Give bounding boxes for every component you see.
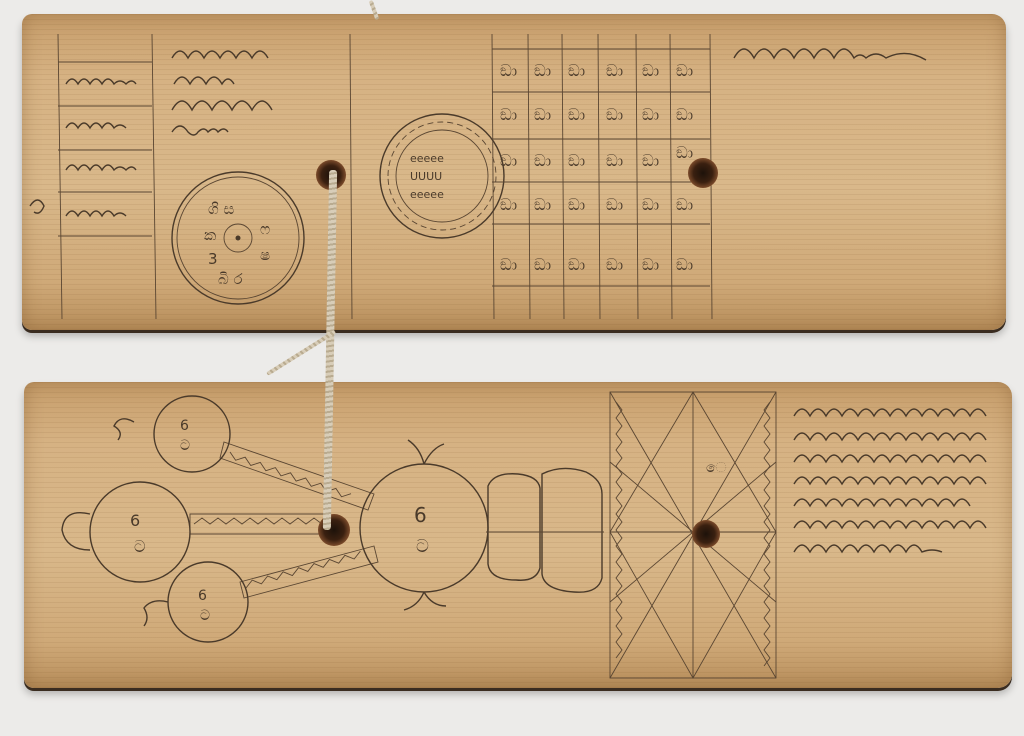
palm-leaf-top: Handwritten Sinhala text (4 lines): [22, 14, 1006, 330]
right-heading-text: [734, 49, 926, 60]
svg-text:ගි ස: ගි ස: [208, 200, 234, 218]
circular-diagram-right: eeeee UUUU eeeee: [380, 114, 504, 238]
handwritten-text-block: [794, 409, 986, 552]
svg-text:ඞා: ඞා: [500, 151, 517, 170]
binding-hole-bottom-right: [692, 520, 720, 548]
svg-text:ඞා: ඞා: [500, 105, 517, 124]
palm-leaf-bottom: Figure drawing with four circular faces …: [24, 382, 1012, 688]
svg-text:ඞා: ඞා: [606, 61, 623, 80]
svg-text:ඞා: ඞා: [534, 61, 551, 80]
binding-hole-top-right: [688, 158, 718, 188]
svg-text:ෆ: ෆ: [260, 220, 270, 238]
svg-text:ඞා: ඞා: [676, 143, 693, 162]
svg-text:ඞා: ඞා: [642, 151, 659, 170]
svg-text:ඞා: ඞා: [606, 105, 623, 124]
svg-text:ඞා: ඞා: [642, 61, 659, 80]
face-circle-bottom: 6 ට: [144, 562, 248, 642]
svg-text:ට: ට: [134, 537, 146, 556]
left-table: [30, 34, 156, 319]
svg-text:ඞා: ඞා: [568, 105, 585, 124]
svg-text:UUUU: UUUU: [410, 170, 442, 183]
svg-text:6: 6: [180, 418, 189, 434]
svg-text:ඞා: ඞා: [676, 61, 693, 80]
svg-text:ඞා: ඞා: [568, 195, 585, 214]
svg-text:ඞා: ඞා: [534, 105, 551, 124]
svg-text:ඞා: ඞා: [568, 61, 585, 80]
circular-diagram-left: ගි ස ක ෆ 3 ෂ බි ර: [172, 172, 304, 304]
face-circle-top: 6 ට: [114, 396, 230, 472]
svg-text:ෂ: ෂ: [260, 246, 270, 264]
svg-text:6: 6: [414, 503, 427, 527]
glyph-grid: ඞාඞාඞාඞාඞාඞා ඞාඞාඞාඞාඞාඞා ඞාඞාඞාඞාඞාඞා ඞ…: [492, 34, 712, 319]
svg-text:ඞා: ඞා: [534, 255, 551, 274]
handwritten-heading: [172, 51, 272, 135]
svg-text:ට: ට: [416, 536, 429, 557]
svg-text:ඞා: ඞා: [500, 61, 517, 80]
svg-text:ඞා: ඞා: [500, 195, 517, 214]
svg-text:6: 6: [198, 588, 207, 604]
face-circle-middle: 6 ට: [62, 482, 190, 582]
svg-text:ඞා: ඞා: [642, 105, 659, 124]
top-leaf-drawing: ගි ස ක ෆ 3 ෂ බි ර eeeee UUUU eeeee: [22, 14, 1006, 330]
svg-text:ඞා: ඞා: [642, 255, 659, 274]
svg-text:ඞා: ඞා: [606, 195, 623, 214]
svg-text:ඞා: ඞා: [568, 151, 585, 170]
svg-text:ට: ට: [200, 608, 210, 624]
svg-text:3: 3: [208, 250, 218, 268]
face-circle-large: 6 ට: [360, 440, 488, 610]
svg-text:ට: ට: [180, 438, 190, 454]
svg-text:eeeee: eeeee: [410, 152, 444, 165]
svg-text:ඞා: ඞා: [642, 195, 659, 214]
svg-text:ඞා: ඞා: [676, 195, 693, 214]
svg-text:ඞා: ඞා: [534, 151, 551, 170]
svg-text:ඞා: ඞා: [534, 195, 551, 214]
svg-text:බි ර: බි ර: [218, 270, 243, 288]
patterned-bands: [190, 442, 378, 598]
body-shapes: [486, 468, 604, 592]
svg-text:eeeee: eeeee: [410, 188, 444, 201]
bottom-leaf-drawing: 6 ට 6 ට 6 ට 6 ට: [24, 382, 1012, 688]
svg-text:ඞා: ඞා: [676, 105, 693, 124]
svg-text:ඞා: ඞා: [606, 255, 623, 274]
svg-text:ෙ: ෙ: [706, 460, 727, 476]
svg-text:ඞා: ඞා: [676, 255, 693, 274]
svg-text:6: 6: [130, 511, 140, 530]
svg-text:ඞා: ඞා: [500, 255, 517, 274]
svg-text:ක: ක: [204, 226, 216, 244]
svg-text:ඞා: ඞා: [568, 255, 585, 274]
svg-text:ඞා: ඞා: [606, 151, 623, 170]
